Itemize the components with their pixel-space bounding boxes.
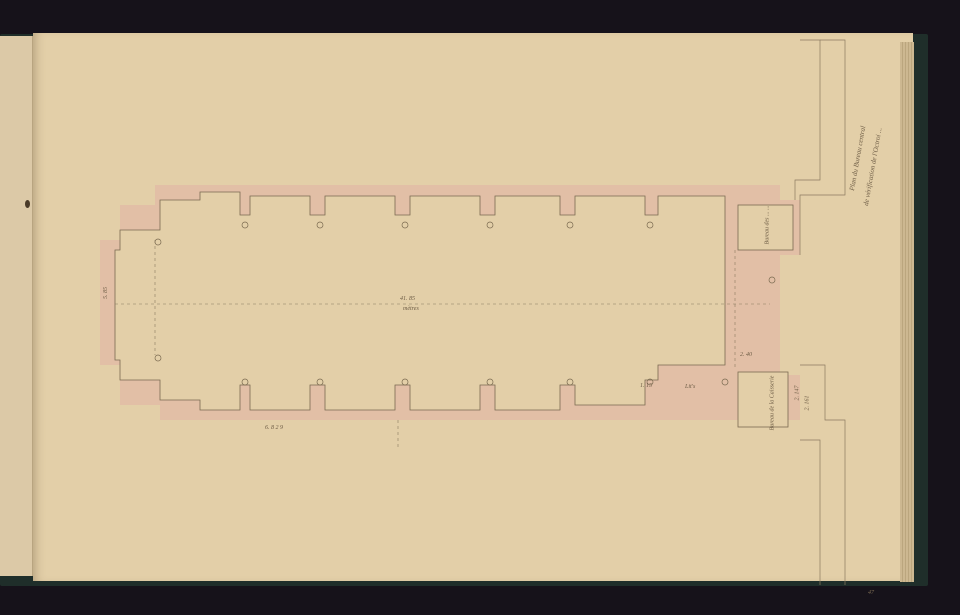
floor-plan-drawing (0, 0, 960, 615)
room-label-bureau-top: Bureau des ... ... (764, 206, 770, 245)
dimension-bottom-1: 6. 8 2 9 (265, 425, 283, 431)
dimension-bottom-3: Lit's (685, 384, 695, 390)
dimension-right-1: 2. 147 (795, 386, 801, 401)
room-label-bureau-bottom: Bureau de la Caisserie (769, 376, 775, 431)
dimension-corridor: 2. 40 (740, 352, 752, 358)
page-number: 47 (868, 590, 874, 596)
dimension-main-length-unit: mètres (403, 306, 419, 312)
dimension-left-width: 5. 85 (103, 287, 109, 299)
dimension-bottom-2: 1. 15 (640, 383, 652, 389)
dimension-right-2: 2. 161 (805, 396, 811, 411)
dimension-main-length: 41. 85 (400, 296, 415, 302)
